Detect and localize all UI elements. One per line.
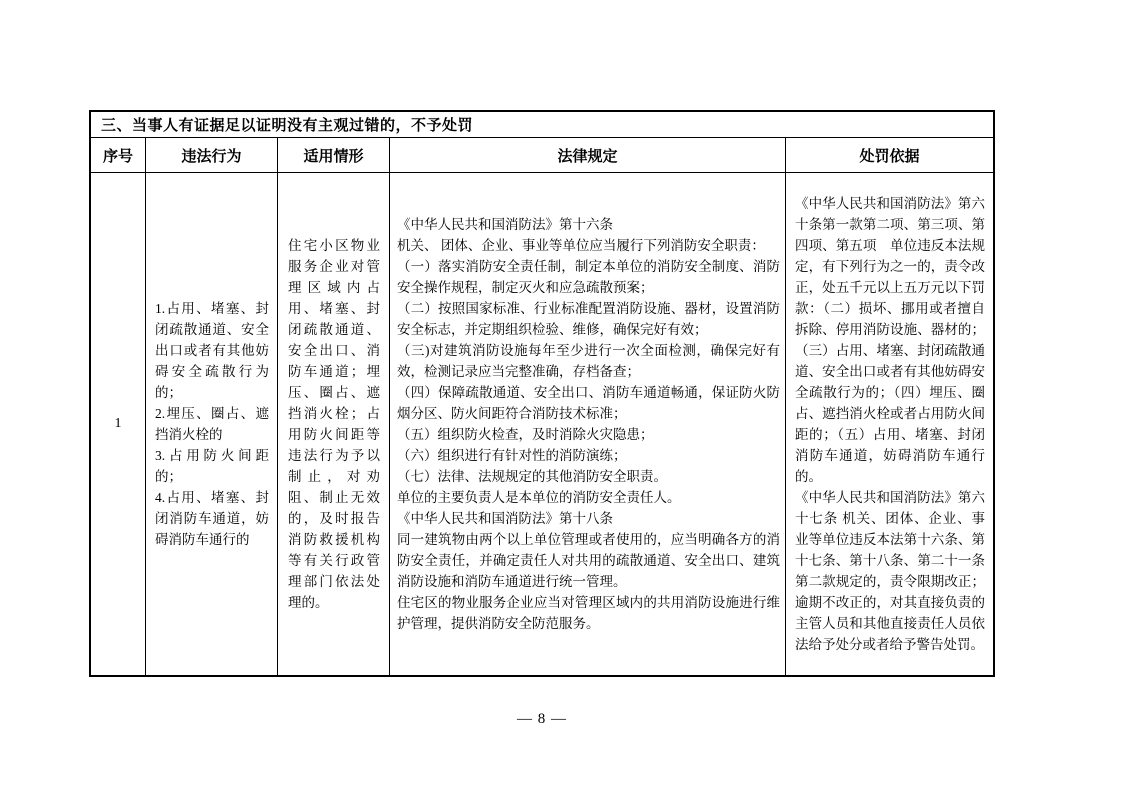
cell-row-index: 1 xyxy=(91,173,146,675)
col-header-index: 序号 xyxy=(91,138,146,173)
col-header-legal-provision: 法律规定 xyxy=(390,138,786,173)
cell-legal-provision: 《中华人民共和国消防法》第十六条 机关、 团体、企业、事业等单位应当履行下列消防… xyxy=(390,173,786,675)
penalty-table: 三、当事人有证据足以证明没有主观过错的，不予处罚 序号 违法行为 适用情形 法律… xyxy=(89,110,995,677)
page-number: — 8 — xyxy=(89,711,995,728)
table-row: 1 1.占用、堵塞、封闭疏散通道、安全出口或者有其他妨碍安全疏散行为的； 2.埋… xyxy=(91,173,993,675)
table-section-title: 三、当事人有证据足以证明没有主观过错的，不予处罚 xyxy=(91,112,993,138)
document-page: 三、当事人有证据足以证明没有主观过错的，不予处罚 序号 违法行为 适用情形 法律… xyxy=(0,0,1123,794)
table-header-row: 序号 违法行为 适用情形 法律规定 处罚依据 xyxy=(91,138,993,173)
col-header-penalty-basis: 处罚依据 xyxy=(786,138,993,173)
cell-penalty-basis: 《中华人民共和国消防法》第六十条第一款第二项、第三项、第四项、第五项 单位违反本… xyxy=(786,173,993,675)
cell-applicable-situation: 住宅小区物业服务企业对管理区域内占用、堵塞、封闭疏散通道、安全出口、消防车通道；… xyxy=(278,173,390,675)
col-header-applicable-situation: 适用情形 xyxy=(278,138,390,173)
cell-illegal-behavior: 1.占用、堵塞、封闭疏散通道、安全出口或者有其他妨碍安全疏散行为的； 2.埋压、… xyxy=(146,173,278,675)
col-header-illegal-behavior: 违法行为 xyxy=(146,138,278,173)
